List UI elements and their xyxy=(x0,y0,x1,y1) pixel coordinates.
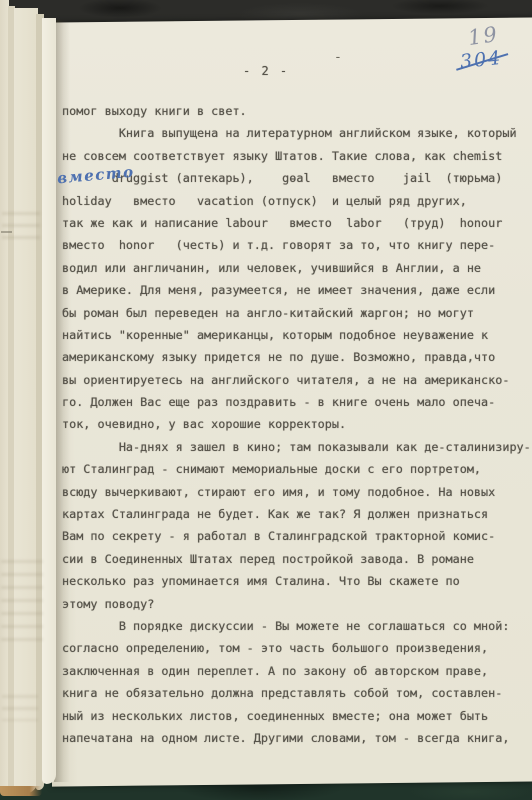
ink-bleed-smudge xyxy=(2,212,40,246)
typed-line: Вам по секрету - я работал в Сталинградс… xyxy=(62,525,531,547)
typed-line: вы ориентируетесь на английского читател… xyxy=(62,369,531,391)
page-edge xyxy=(42,18,56,784)
typed-line: заключенная в один переплет. А по закону… xyxy=(62,660,531,682)
handwritten-page-number: 19 xyxy=(466,22,500,50)
stray-dash: - xyxy=(334,50,342,65)
typed-line: сии в Соединенных Штатах перед постройко… xyxy=(62,548,531,570)
typed-line: этому поводу? xyxy=(62,593,531,615)
typed-line: помог выходу книги в свет. xyxy=(62,100,531,122)
typed-line: согласно определению, том - это часть бо… xyxy=(62,637,531,659)
typed-line: Книга выпущена на литературном английско… xyxy=(62,122,531,144)
typed-line: го. Должен Вас еще раз поздравить - в кн… xyxy=(62,391,531,413)
smudge xyxy=(1,231,12,233)
typed-line: американскому языку придется не по душе.… xyxy=(62,346,531,368)
typed-line: бы роман был переведен на англо-китайски… xyxy=(62,302,531,324)
scanned-letter-page: - - 2 - 19 304 помог выходу книги в свет… xyxy=(0,0,532,800)
crossed-out-number: 304 xyxy=(459,47,503,73)
typed-line: несколько раз упоминается имя Сталина. Ч… xyxy=(62,570,531,592)
typed-line: так же как и написание labour вместо lab… xyxy=(62,212,531,234)
ink-bleed-smudge xyxy=(2,695,38,721)
typed-line: На-днях я зашел в кино; там показывали к… xyxy=(62,436,531,458)
cover-edge xyxy=(0,786,42,796)
typed-line: holiday вместо vacation (отпуск) и целый… xyxy=(62,190,531,212)
typed-line: ток, очевидно, у вас хорошие корректоры. xyxy=(62,413,531,435)
typed-line: В порядке дискуссии - Вы можете не согла… xyxy=(62,615,531,637)
typed-line: в Америке. Для меня, разумеется, не имее… xyxy=(62,279,531,301)
page-edge xyxy=(14,8,38,794)
typed-line: найтись "коренные" американцы, которым п… xyxy=(62,324,531,346)
typed-line: всюду вычеркивают, стирают его имя, и то… xyxy=(62,481,531,503)
typed-line: картах Сталинграда не будет. Как же так?… xyxy=(62,503,531,525)
typed-line: книга не обязательно должна представлять… xyxy=(62,682,531,704)
ink-bleed-smudge xyxy=(1,560,43,644)
typed-line: вместо honor (честь) и т.д. говорят за т… xyxy=(62,234,531,256)
typed-line: напечатана на одном листе. Другими слова… xyxy=(62,727,531,749)
typed-line: ный из нескольких листов, соединенных вм… xyxy=(62,705,531,727)
typed-line: ют Сталинград - снимают мемориальные дос… xyxy=(62,458,531,480)
page-number: - 2 - xyxy=(243,64,289,78)
letter-body: помог выходу книги в свет. Книга выпущен… xyxy=(62,100,531,749)
typed-line: водил или англичанин, или человек, учивш… xyxy=(62,257,531,279)
